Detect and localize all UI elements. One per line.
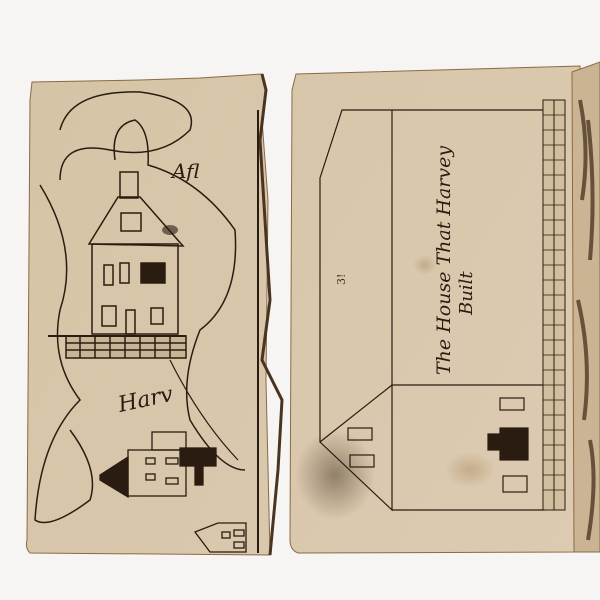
right-mark: 3! — [335, 274, 348, 285]
photo-scene: Harv Afl The House That Harv — [0, 0, 600, 600]
right-title-line2: Built — [456, 271, 477, 316]
right-page: The House That Harvey Built 3! — [290, 66, 580, 553]
left-flourish: Afl — [170, 159, 199, 183]
right-title-line1: The House That Harvey — [433, 146, 455, 375]
third-page-edge — [572, 62, 600, 552]
left-page: Harv Afl — [26, 74, 282, 555]
brick-foundation — [543, 100, 565, 510]
